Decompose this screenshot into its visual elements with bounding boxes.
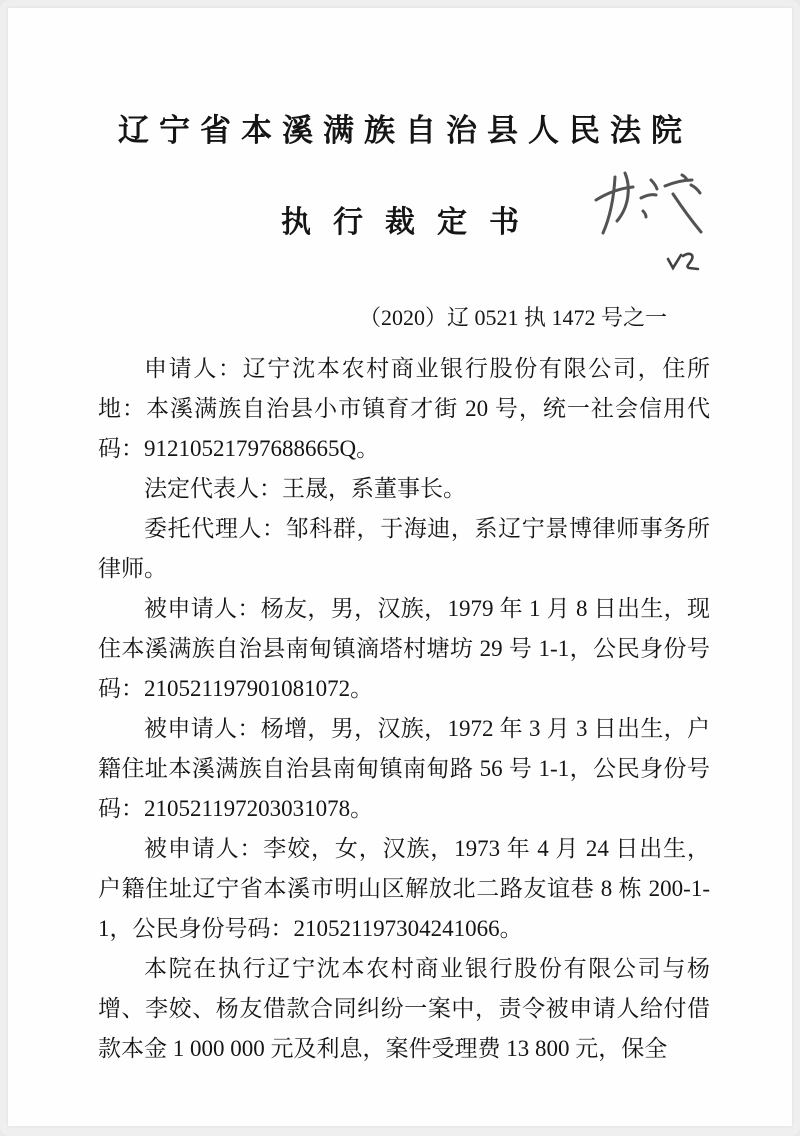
- paragraph-respondent-yangzeng: 被申请人：杨增，男，汉族，1972 年 3 月 3 日出生，户籍住址本溪满族自治…: [98, 709, 710, 829]
- document-page: 辽宁省本溪满族自治县人民法院: [8, 8, 792, 1126]
- document-body: 申请人：辽宁沈本农村商业银行股份有限公司，住所地：本溪满族自治县小市镇育才街 2…: [98, 349, 710, 1069]
- paragraph-case-summary: 本院在执行辽宁沈本农村商业银行股份有限公司与杨增、李姣、杨友借款合同纠纷一案中，…: [98, 949, 710, 1069]
- document-title: 执行裁定书: [8, 197, 792, 241]
- paragraph-attorneys: 委托代理人：邹科群，于海迪，系辽宁景博律师事务所律师。: [98, 509, 710, 589]
- scan-background: 辽宁省本溪满族自治县人民法院: [0, 0, 800, 1136]
- court-name: 辽宁省本溪满族自治县人民法院: [8, 105, 792, 150]
- paragraph-applicant: 申请人：辽宁沈本农村商业银行股份有限公司，住所地：本溪满族自治县小市镇育才街 2…: [98, 349, 710, 469]
- paragraph-legal-representative: 法定代表人：王晟，系董事长。: [98, 469, 710, 509]
- case-number: （2020）辽 0521 执 1472 号之一: [359, 301, 667, 332]
- paragraph-respondent-yangyou: 被申请人：杨友，男，汉族，1979 年 1 月 8 日出生，现住本溪满族自治县南…: [98, 589, 710, 709]
- paragraph-respondent-lijiao: 被申请人：李姣，女，汉族，1973 年 4 月 24 日出生，户籍住址辽宁省本溪…: [98, 829, 710, 949]
